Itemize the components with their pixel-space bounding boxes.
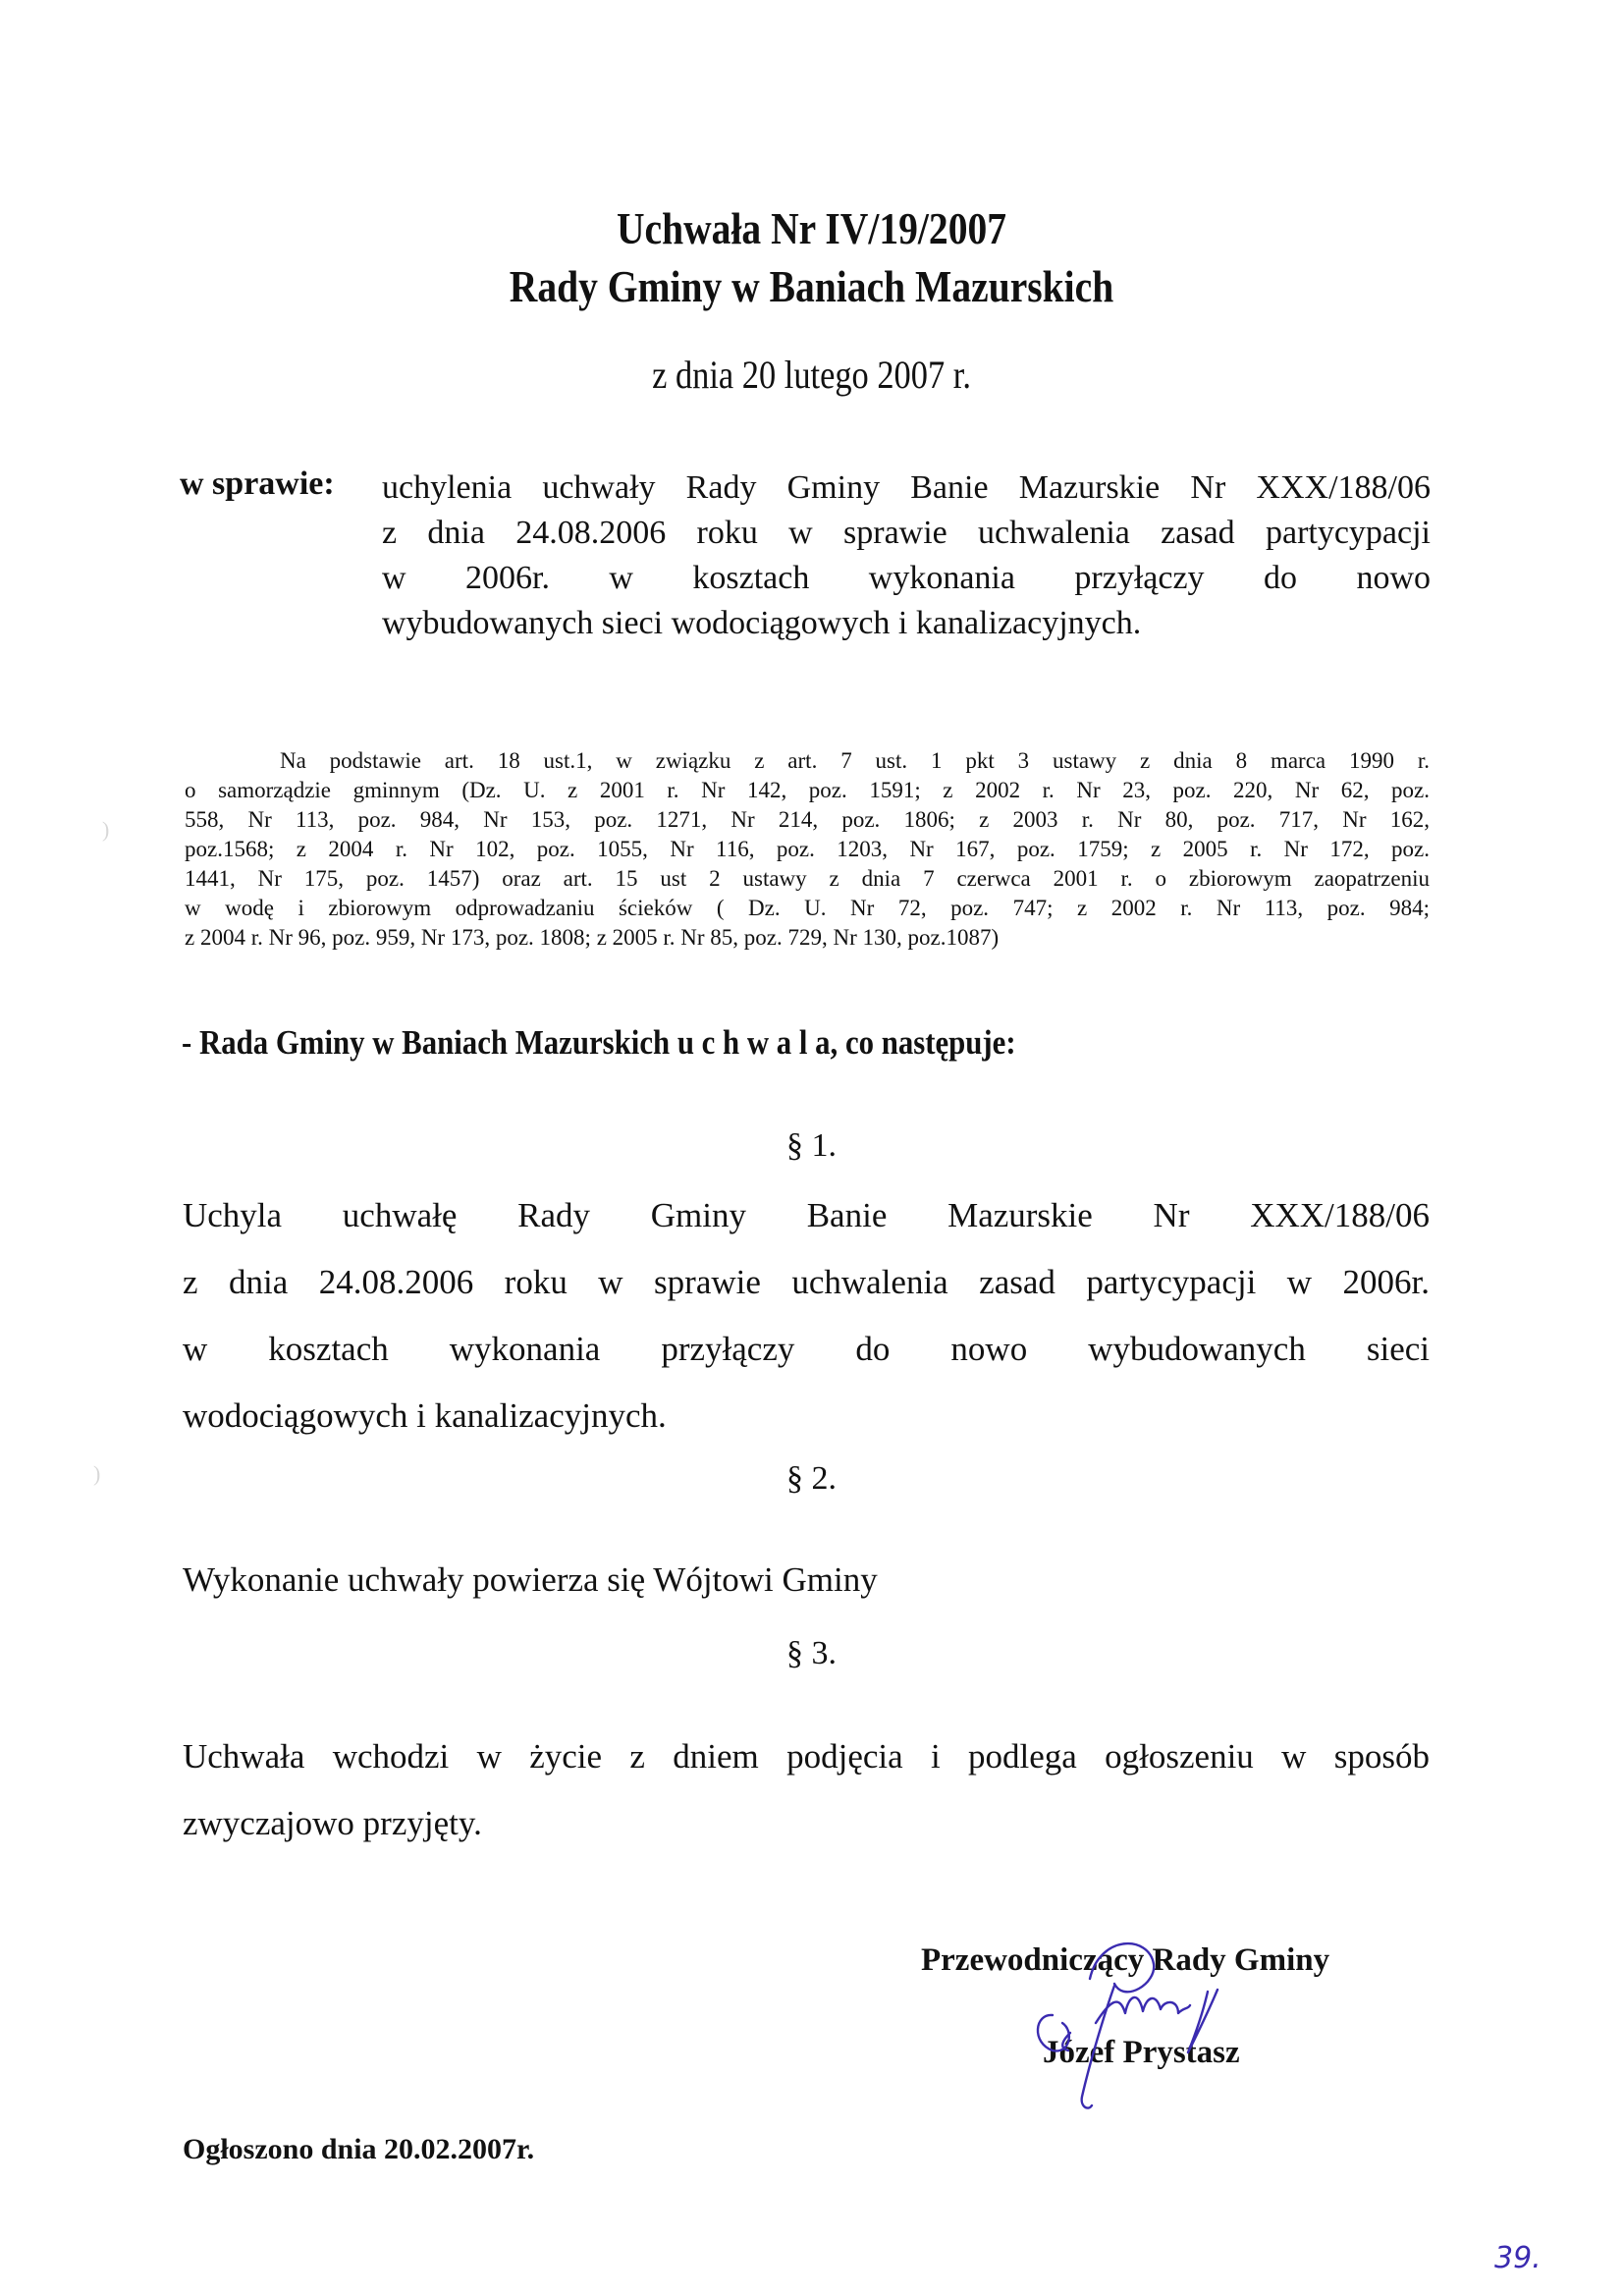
section-line: Uchyla uchwałę Rady Gminy Banie Mazurski… [183,1182,1430,1249]
legal-basis-line: 1441, Nr 175, poz. 1457) oraz art. 15 us… [185,864,1430,894]
section-line: z dnia 24.08.2006 roku w sprawie uchwale… [183,1249,1430,1316]
section-line: w kosztach wykonania przyłączy do nowo w… [183,1316,1430,1383]
section-line: Uchwała wchodzi w życie z dniem podjęcia… [183,1723,1430,1790]
legal-basis-line: z 2004 r. Nr 96, poz. 959, Nr 173, poz. … [185,923,1430,953]
page-number: 39. [1494,2241,1542,2275]
subject-line: wybudowanych sieci wodociągowych i kanal… [382,601,1431,646]
section-2-text: Wykonanie uchwały powierza się Wójtowi G… [183,1547,1430,1613]
legal-basis-line: Na podstawie art. 18 ust.1, w związku z … [185,746,1430,776]
subject-text: uchylenia uchwały Rady Gminy Banie Mazur… [382,465,1431,646]
council-name: Rady Gminy w Baniach Mazurskich [114,260,1510,312]
section-line: zwyczajowo przyjęty. [183,1790,1430,1857]
subject-label: w sprawie: [180,465,335,503]
section-3-text: Uchwała wchodzi w życie z dniem podjęcia… [183,1723,1430,1857]
resolution-date: z dnia 20 lutego 2007 r. [114,352,1510,398]
section-1-text: Uchyla uchwałę Rady Gminy Banie Mazurski… [183,1182,1430,1449]
section-line: Wykonanie uchwały powierza się Wójtowi G… [183,1547,1430,1613]
subject-line: uchylenia uchwały Rady Gminy Banie Mazur… [382,465,1431,511]
section-line: wodociągowych i kanalizacyjnych. [183,1383,1430,1449]
legal-basis-line: poz.1568; z 2004 r. Nr 102, poz. 1055, N… [185,835,1430,864]
handwritten-signature-icon [1031,1925,1286,2111]
enacting-clause: - Rada Gminy w Baniach Mazurskich u c h … [182,1023,1016,1063]
legal-basis-line: o samorządzie gminnym (Dz. U. z 2001 r. … [185,776,1430,805]
section-1-mark: § 1. [0,1127,1623,1165]
section-3-mark: § 3. [0,1635,1623,1672]
publication-date: Ogłoszono dnia 20.02.2007r. [183,2133,534,2166]
resolution-title: Uchwała Nr IV/19/2007 [114,202,1510,254]
scan-artifact: ) [102,817,109,843]
section-2-mark: § 2. [0,1460,1623,1498]
subject-line: z dnia 24.08.2006 roku w sprawie uchwale… [382,511,1431,556]
legal-basis-line: w wodę i zbiorowym odprowadzaniu ścieków… [185,894,1430,923]
legal-basis: Na podstawie art. 18 ust.1, w związku z … [185,746,1430,953]
scan-artifact: ) [93,1461,100,1487]
legal-basis-line: 558, Nr 113, poz. 984, Nr 153, poz. 1271… [185,805,1430,835]
subject-line: w 2006r. w kosztach wykonania przyłączy … [382,556,1431,601]
